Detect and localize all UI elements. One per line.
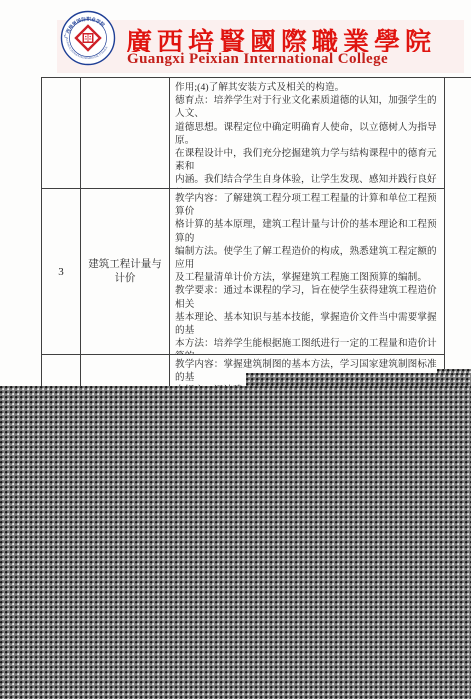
book-dot (90, 36, 91, 37)
book-line (89, 39, 91, 40)
document-page: 广西培贤国际职业学院 GUANGXI PEIXIAN INTERNATIONAL… (0, 0, 471, 699)
course-description-cell: 作用;(4)了解其安装方式及相关的构造。 德育点：培养学生对于行业文化素质道德的… (170, 78, 445, 189)
course-name-cell: 建筑工程计量与 计价 (81, 189, 170, 355)
college-seal-logo: 广西培贤国际职业学院 GUANGXI PEIXIAN INTERNATIONAL… (60, 10, 116, 66)
book-right-page (88, 35, 92, 42)
course-description-cell: 教学内容：了解建筑工程分项工程工程量的计算和单位工程预算价 格计算的基本原理，建… (170, 189, 445, 355)
course-table: 作用;(4)了解其安装方式及相关的构造。 德育点：培养学生对于行业文化素质道德的… (41, 77, 445, 396)
college-title-chinese: 廣西培賢國際職業學院 (126, 22, 466, 52)
book-left-page (84, 35, 88, 42)
unrendered-region (0, 386, 471, 699)
book-line (85, 39, 87, 40)
course-name-cell (81, 78, 170, 189)
course-number-cell: 3 (42, 189, 81, 355)
book-dot (85, 36, 86, 37)
table-top-border-extension (444, 77, 471, 78)
college-title-english: Guangxi Peixian International College (127, 51, 467, 71)
course-number-cell (42, 78, 81, 189)
